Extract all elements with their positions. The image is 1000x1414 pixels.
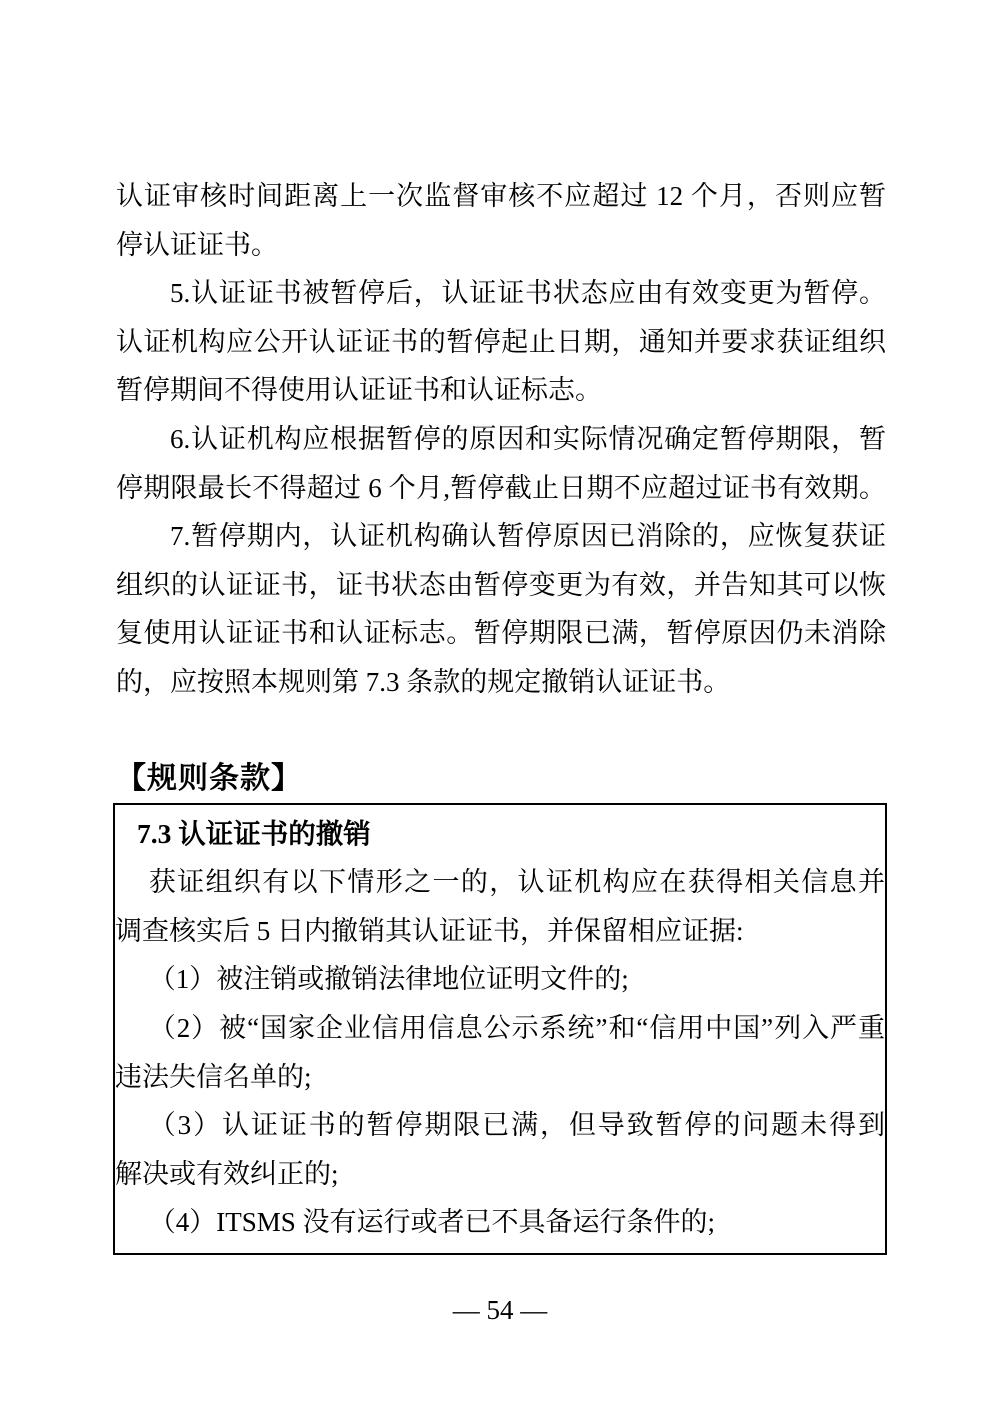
body-text: 认证审核时间距离上一次监督审核不应超过 12 个月，否则应暂停认证证书。5.认证… (116, 172, 886, 707)
text-line: 6.认证机构应根据暂停的原因和实际情况确定暂停期限，暂 (116, 415, 886, 464)
rule-box-title: 7.3 认证证书的撤销 (115, 810, 885, 859)
rule-box-text: 获证组织有以下情形之一的，认证机构应在获得相关信息并调查核实后 5 日内撤销其认… (115, 858, 885, 1247)
text-line: 暂停期间不得使用认证证书和认证标志。 (116, 366, 886, 415)
text-line: （4）ITSMS 没有运行或者已不具备运行条件的; (115, 1198, 885, 1247)
text-line: 停期限最长不得超过 6 个月,暂停截止日期不应超过证书有效期。 (116, 464, 886, 513)
page-number: — 54 — (453, 1295, 548, 1325)
text-line: 5.认证证书被暂停后，认证证书状态应由有效变更为暂停。 (116, 269, 886, 318)
rule-box: 7.3 认证证书的撤销 获证组织有以下情形之一的，认证机构应在获得相关信息并调查… (113, 803, 887, 1255)
text-line: 违法失信名单的; (115, 1053, 885, 1102)
text-line: （3）认证证书的暂停期限已满，但导致暂停的问题未得到 (115, 1101, 885, 1150)
text-line: 认证机构应公开认证证书的暂停起止日期，通知并要求获证组织 (116, 318, 886, 367)
page-footer: — 54 — (0, 1292, 1000, 1328)
document-page: 认证审核时间距离上一次监督审核不应超过 12 个月，否则应暂停认证证书。5.认证… (0, 0, 1000, 1414)
text-line: 认证审核时间距离上一次监督审核不应超过 12 个月，否则应暂 (116, 172, 886, 221)
text-line: 7.暂停期内，认证机构确认暂停原因已消除的，应恢复获证 (116, 512, 886, 561)
text-line: 复使用认证证书和认证标志。暂停期限已满，暂停原因仍未消除 (116, 609, 886, 658)
text-line: 获证组织有以下情形之一的，认证机构应在获得相关信息并 (115, 858, 885, 907)
text-line: 解决或有效纠正的; (115, 1150, 885, 1199)
text-line: （1）被注销或撤销法律地位证明文件的; (115, 955, 885, 1004)
section-heading: 【规则条款】 (116, 759, 886, 799)
text-line: （2）被“国家企业信用信息公示系统”和“信用中国”列入严重 (115, 1004, 885, 1053)
text-line: 组织的认证证书，证书状态由暂停变更为有效，并告知其可以恢 (116, 561, 886, 610)
text-line: 调查核实后 5 日内撤销其认证证书，并保留相应证据: (115, 907, 885, 956)
page-content: 认证审核时间距离上一次监督审核不应超过 12 个月，否则应暂停认证证书。5.认证… (116, 172, 886, 1255)
text-line: 的，应按照本规则第 7.3 条款的规定撤销认证证书。 (116, 658, 886, 707)
text-line: 停认证证书。 (116, 221, 886, 270)
